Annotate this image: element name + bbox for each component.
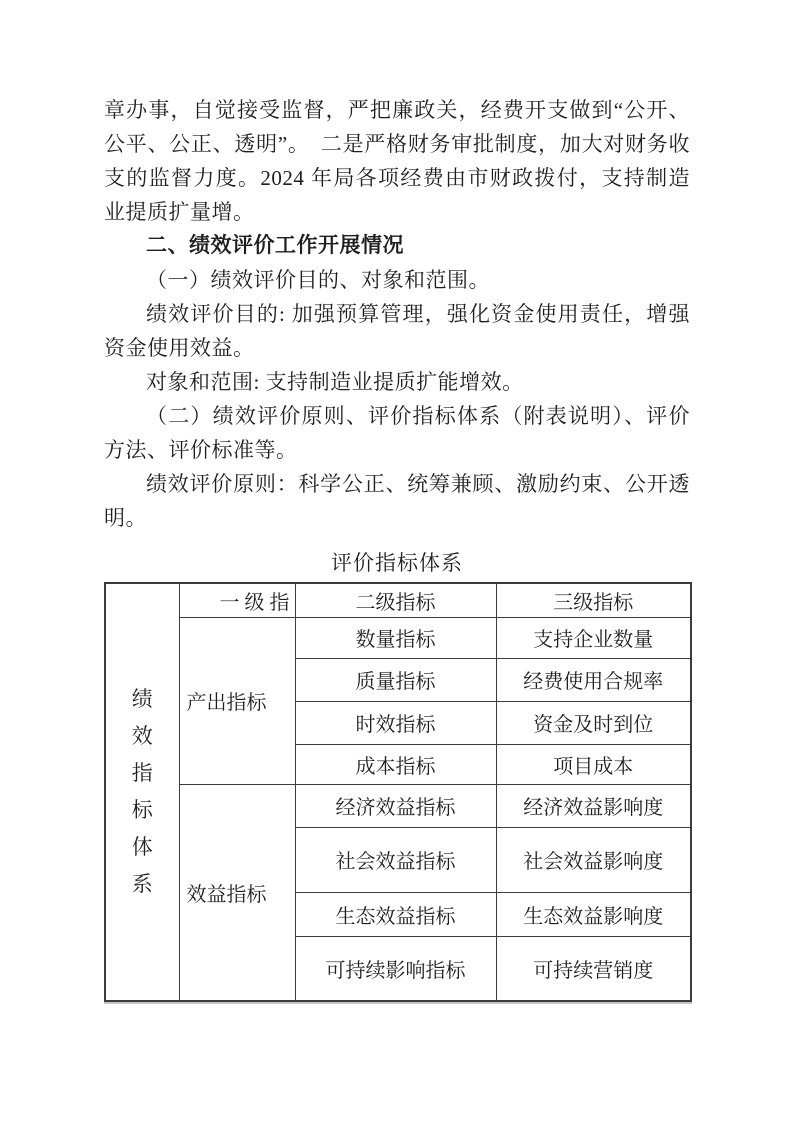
document-page: 章办事，自觉接受监督，严把廉政关，经费开支做到“公开、公平、公正、透明”。 二是… (0, 0, 794, 1122)
level3-cell: 经济效益影响度 (496, 784, 691, 827)
level2-cell: 社会效益指标 (295, 827, 496, 892)
level2-cell: 成本指标 (295, 744, 496, 784)
group-benefit-cell: 效益指标 (179, 784, 295, 1001)
level3-cell: 生态效益影响度 (496, 892, 691, 936)
header-level3-cell: 三级指标 (496, 583, 691, 617)
level3-cell: 社会效益影响度 (496, 827, 691, 892)
header-level1-cell: 一 级 指 (179, 583, 295, 617)
body-paragraph-2: （一）绩效评价目的、对象和范围。 (104, 263, 690, 297)
group-output-cell: 产出指标 (179, 617, 295, 784)
level3-cell: 支持企业数量 (496, 617, 691, 658)
level3-cell: 经费使用合规率 (496, 658, 691, 701)
level2-cell: 经济效益指标 (295, 784, 496, 827)
table-row: 效益指标 经济效益指标 经济效益影响度 (105, 784, 691, 827)
vertical-system-label: 绩效指标体系 (131, 681, 153, 903)
section-heading: 二、绩效评价工作开展情况 (104, 229, 690, 263)
table-row: 产出指标 数量指标 支持企业数量 (105, 617, 691, 658)
table-header-row: 绩效指标体系 一 级 指 二级指标 三级指标 (105, 583, 691, 617)
table-rowheader-system-cell: 绩效指标体系 (105, 583, 179, 1001)
level2-cell: 可持续影响指标 (295, 936, 496, 1001)
body-paragraph-1: 章办事，自觉接受监督，严把廉政关，经费开支做到“公开、公平、公正、透明”。 二是… (104, 93, 690, 229)
body-paragraph-4: 对象和范围: 支持制造业提质扩能增效。 (104, 365, 690, 399)
page-content: 章办事，自觉接受监督，严把廉政关，经费开支做到“公开、公平、公正、透明”。 二是… (104, 93, 690, 1002)
level2-cell: 质量指标 (295, 658, 496, 701)
header-level2-cell: 二级指标 (295, 583, 496, 617)
level3-cell: 资金及时到位 (496, 701, 691, 744)
level3-cell: 可持续营销度 (496, 936, 691, 1001)
level2-cell: 生态效益指标 (295, 892, 496, 936)
body-paragraph-6: 绩效评价原则：科学公正、统筹兼顾、激励约束、公开透明。 (104, 467, 690, 535)
body-paragraph-3: 绩效评价目的: 加强预算管理，强化资金使用责任，增强资金使用效益。 (104, 297, 690, 365)
body-paragraph-5: （二）绩效评价原则、评价指标体系（附表说明）、评价方法、评价标准等。 (104, 399, 690, 467)
level3-cell: 项目成本 (496, 744, 691, 784)
table-title: 评价指标体系 (104, 548, 690, 578)
level2-cell: 时效指标 (295, 701, 496, 744)
indicator-table: 绩效指标体系 一 级 指 二级指标 三级指标 产出指标 数量指标 支持企业数量 … (104, 582, 692, 1002)
level2-cell: 数量指标 (295, 617, 496, 658)
